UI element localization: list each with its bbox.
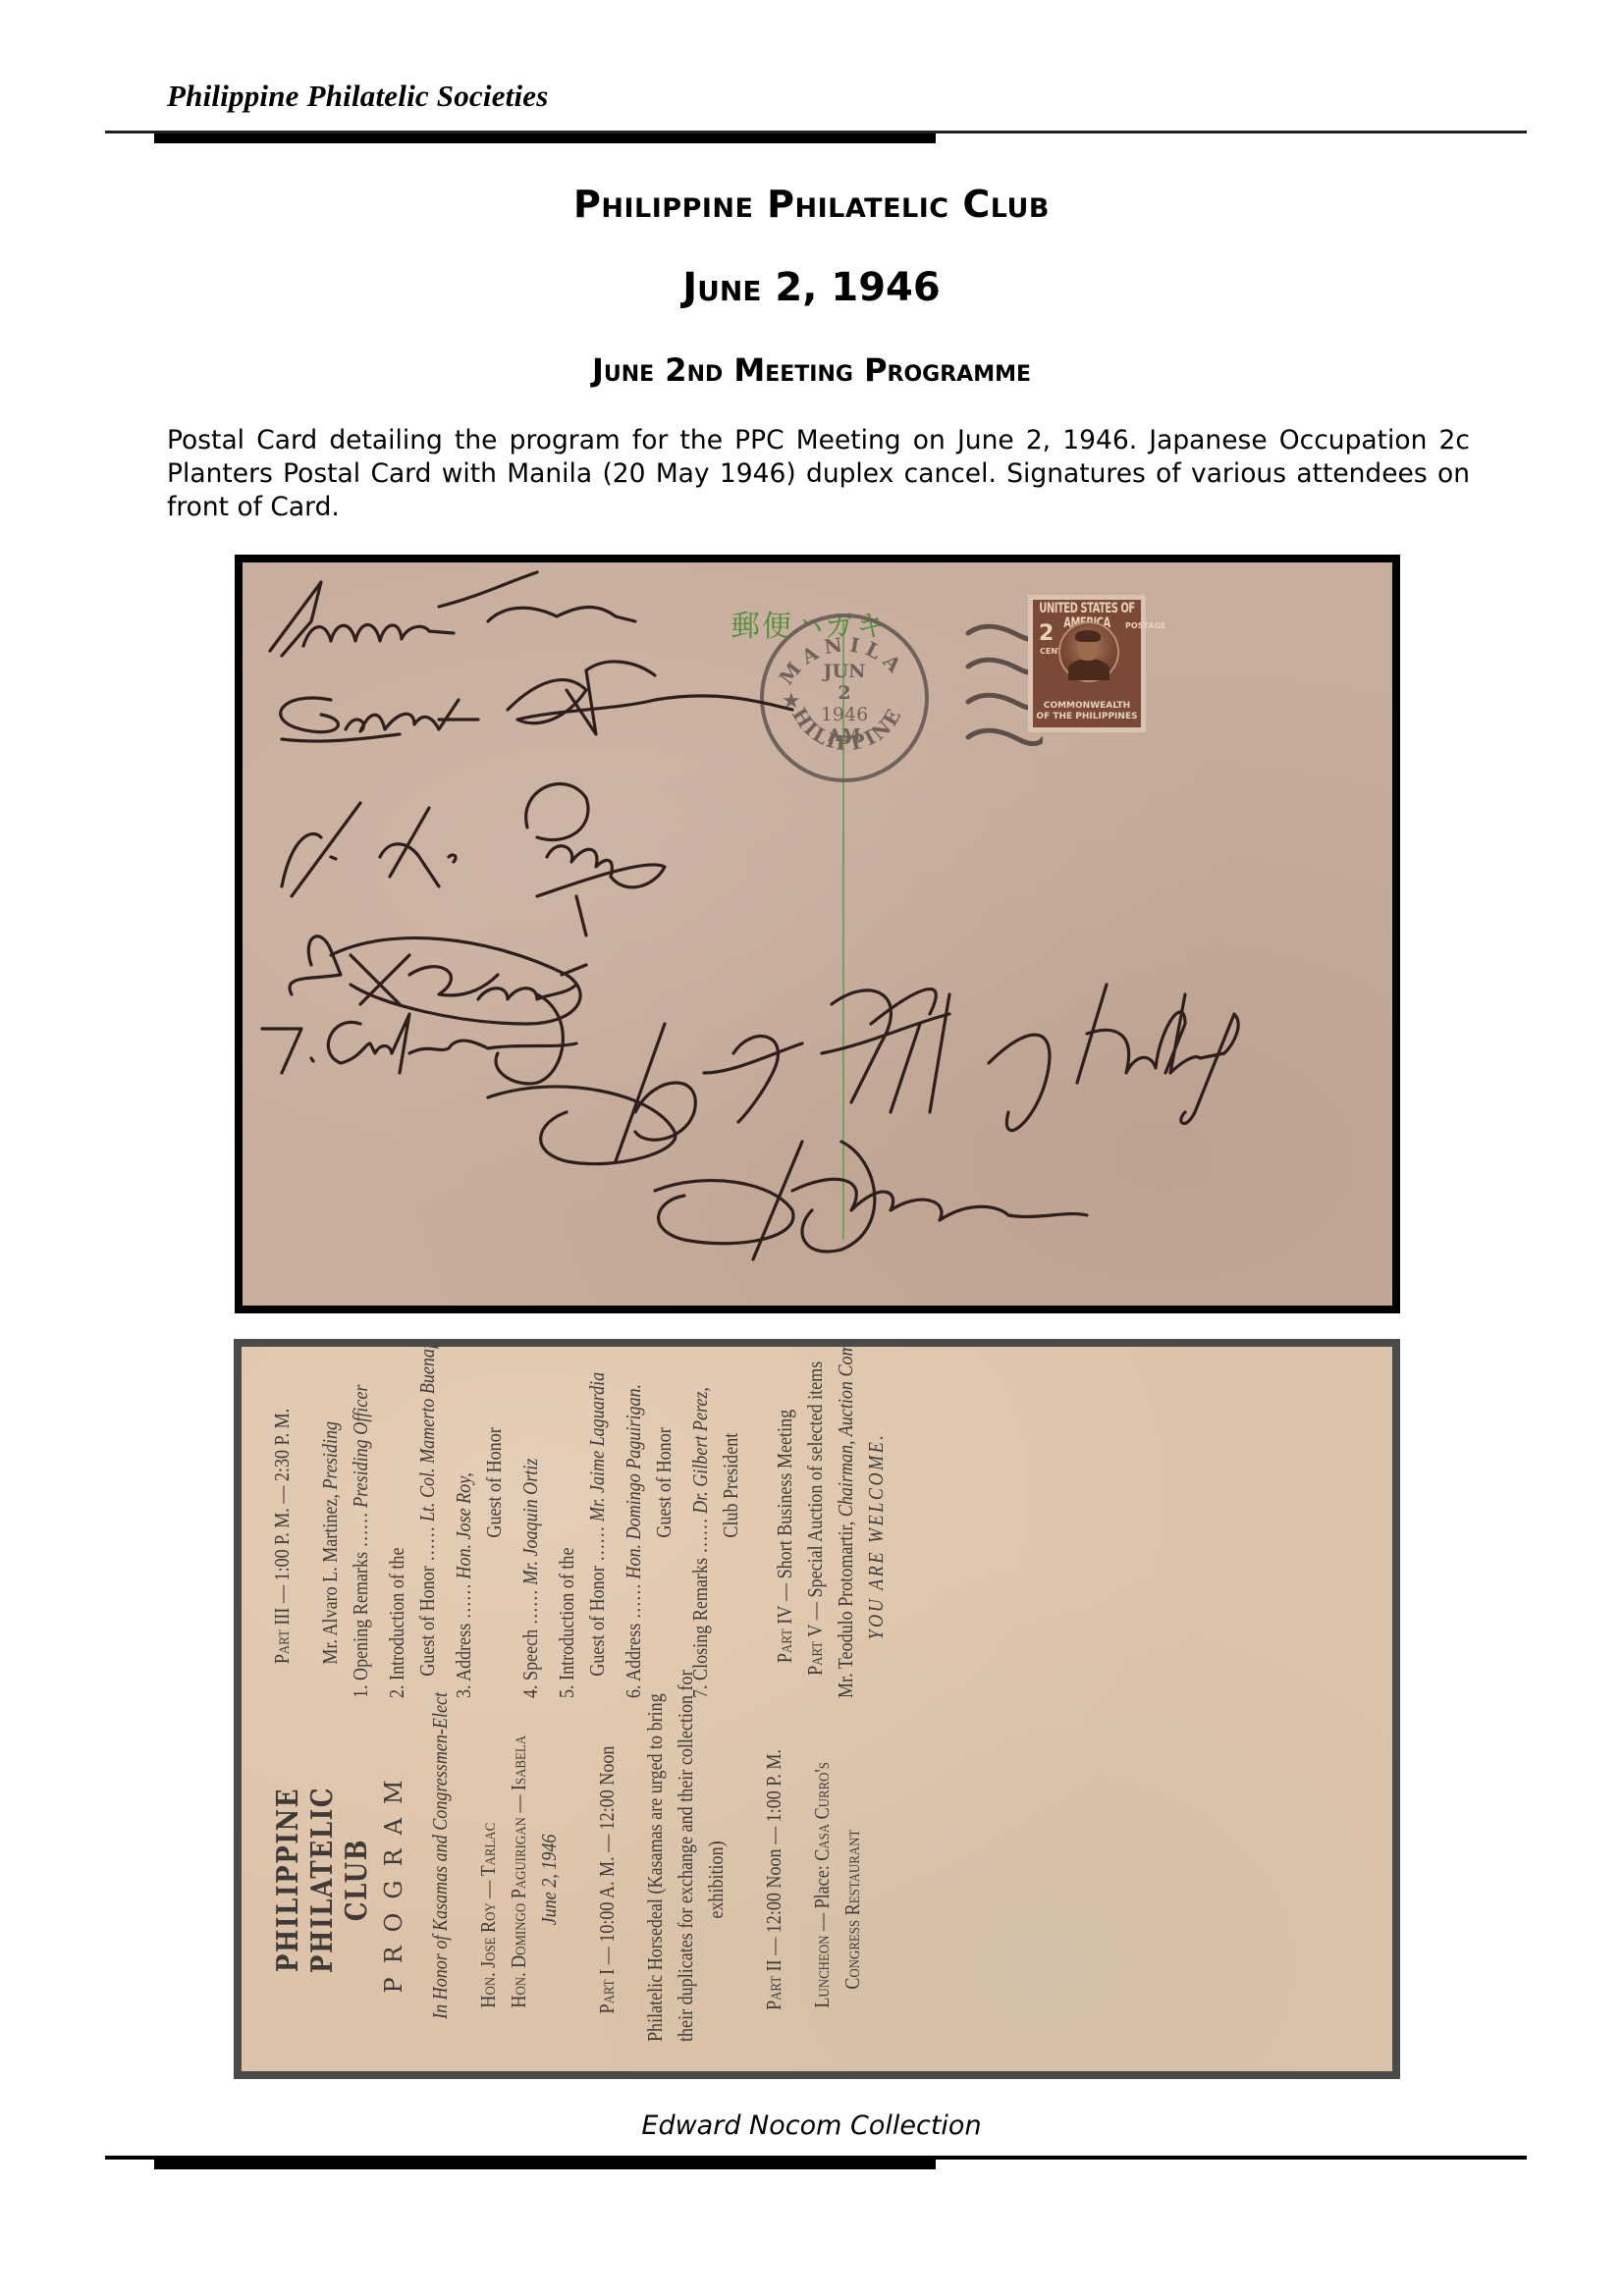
description-paragraph: Postal Card detailing the program for th… bbox=[167, 424, 1470, 524]
program-part2: Part II — 12:00 Noon — 1:00 P. M. bbox=[759, 1740, 789, 2019]
program-club-title: PHILIPPINE PHILATELIC CLUB bbox=[271, 1747, 374, 2013]
honoree-row: Hon. Jose Roy — Tarlac bbox=[473, 1763, 504, 2042]
postal-card-front-image: 郵便ハガキ MANILA PHILIPPINES ★ JUN 2 1 bbox=[235, 555, 1400, 1313]
program-items-list: 1. Opening Remarks …… Presiding Officer2… bbox=[346, 1374, 752, 1698]
footer-rule-bar bbox=[154, 2159, 936, 2169]
program-presiding: Mr. Alvaro L. Martinez, Presiding bbox=[315, 1419, 346, 1698]
program-auction: Mr. Teodulo Protomartir, Chairman, Aucti… bbox=[831, 1419, 861, 1698]
program-column-right: Part III — 1:00 P. M. — 2:30 P. M. Mr. A… bbox=[267, 1374, 892, 1698]
program-welcome: YOU ARE WELCOME. bbox=[861, 1397, 892, 1676]
program-text-rotated: PHILIPPINE PHILATELIC CLUB PROGRAM In Ho… bbox=[242, 1347, 1392, 2071]
program-item: 4. Speech …… Mr. Joaquin Ortiz bbox=[515, 1374, 552, 1698]
header-rule-bar bbox=[154, 133, 936, 143]
page-date-heading: June 2, 1946 bbox=[0, 265, 1623, 310]
program-item: 1. Opening Remarks …… Presiding Officer bbox=[346, 1374, 382, 1698]
program-item: 5. Introduction of theGuest of Honor …… … bbox=[552, 1374, 619, 1698]
horsedeal-line-3: exhibition) bbox=[701, 1740, 731, 2019]
program-item: 3. Address …… Hon. Jose Roy,Guest of Hon… bbox=[449, 1374, 515, 1698]
program-date: June 2, 1946 bbox=[534, 1740, 565, 2019]
program-item: 2. Introduction of theGuest of Honor …… … bbox=[382, 1374, 449, 1698]
program-part5: Part V — Special Auction of selected ite… bbox=[800, 1397, 831, 1676]
program-item: 6. Address …… Hon. Domingo Paguirigan.Gu… bbox=[619, 1374, 685, 1698]
collection-caption: Edward Nocom Collection bbox=[0, 2110, 1623, 2141]
horsedeal-line-1: Philatelic Horsedeal (Kasamas are urged … bbox=[640, 1763, 671, 2042]
program-heading: PROGRAM bbox=[380, 1718, 407, 2042]
page-subtitle: June 2nd Meeting Programme bbox=[0, 351, 1623, 389]
postal-card-program-image: PHILIPPINE PHILATELIC CLUB PROGRAM In Ho… bbox=[234, 1339, 1400, 2079]
program-part4: Part IV — Short Business Meeting bbox=[770, 1397, 800, 1676]
program-part3: Part III — 1:00 P. M. — 2:30 P. M. bbox=[267, 1397, 298, 1676]
honoree-row: Hon. Domingo Paguirigan — Isabela bbox=[504, 1763, 534, 2042]
program-column-left: PHILIPPINE PHILATELIC CLUB PROGRAM In Ho… bbox=[267, 1718, 868, 2042]
program-body: PHILIPPINE PHILATELIC CLUB PROGRAM In Ho… bbox=[267, 1374, 1367, 2042]
program-luncheon-place: Congress Restaurant bbox=[838, 1763, 868, 2042]
horsedeal-line-2: their duplicates for exchange and their … bbox=[671, 1763, 701, 2042]
program-luncheon: Luncheon — Place: Casa Curro's bbox=[807, 1763, 838, 2042]
handwritten-signatures bbox=[243, 562, 1392, 1306]
program-item: 7. Closing Remarks …… Dr. Gilbert Perez,… bbox=[685, 1374, 752, 1698]
program-part1: Part I — 10:00 A. M. — 12:00 Noon bbox=[592, 1740, 622, 2019]
page-title: Philippine Philatelic Club bbox=[0, 183, 1623, 226]
program-honor-line: In Honor of Kasamas and Congressmen-Elec… bbox=[425, 1740, 456, 2019]
running-title: Philippine Philatelic Societies bbox=[167, 79, 549, 114]
